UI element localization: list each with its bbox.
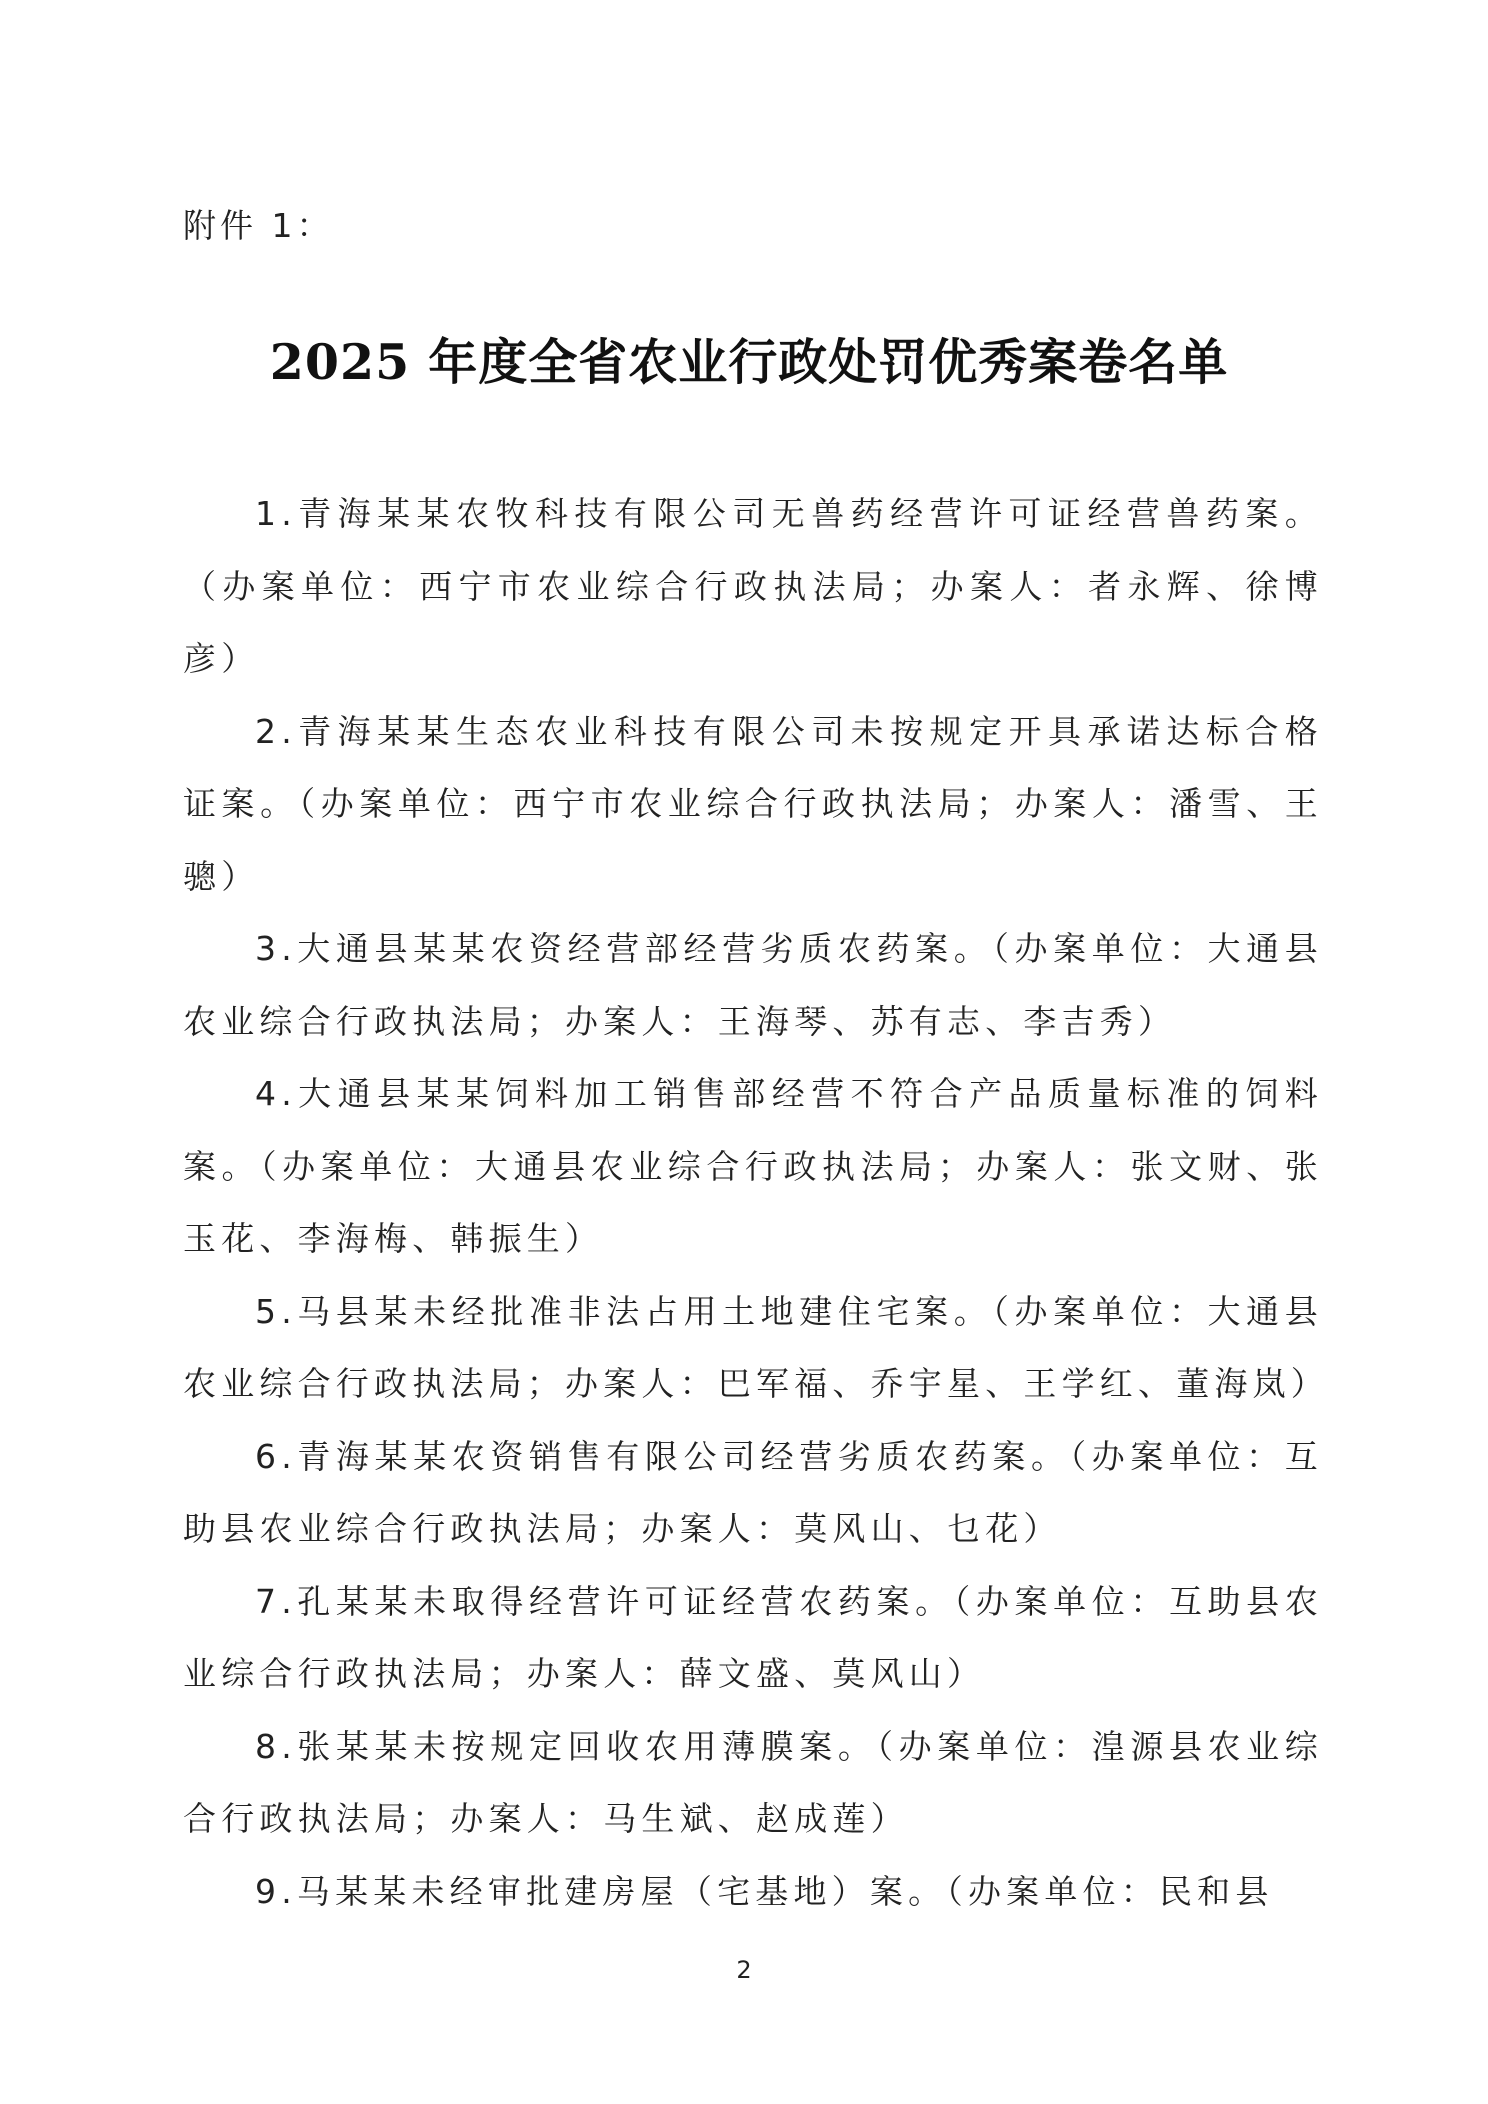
case-item: 6.青海某某农资销售有限公司经营劣质农药案。（办案单位：互助县农业综合行政执法局…	[183, 1421, 1323, 1566]
page-number: 2	[0, 1956, 1488, 1984]
case-item: 3.大通县某某农资经营部经营劣质农药案。（办案单位：大通县农业综合行政执法局；办…	[183, 913, 1323, 1058]
case-item: 4.大通县某某饲料加工销售部经营不符合产品质量标准的饲料案。（办案单位：大通县农…	[183, 1058, 1323, 1276]
attachment-label: 附件 1：	[183, 200, 334, 247]
case-item: 9.马某某未经审批建房屋（宅基地）案。（办案单位：民和县	[183, 1856, 1323, 1929]
document-title: 2025 年度全省农业行政处罚优秀案卷名单	[0, 324, 1488, 394]
document-page: 附件 1： 2025 年度全省农业行政处罚优秀案卷名单 1.青海某某农牧科技有限…	[0, 0, 1488, 2104]
case-item: 8.张某某未按规定回收农用薄膜案。（办案单位：湟源县农业综合行政执法局；办案人：…	[183, 1711, 1323, 1856]
case-list: 1.青海某某农牧科技有限公司无兽药经营许可证经营兽药案。（办案单位：西宁市农业综…	[183, 478, 1323, 1928]
case-item: 5.马县某未经批准非法占用土地建住宅案。（办案单位：大通县农业综合行政执法局；办…	[183, 1276, 1323, 1421]
case-item: 1.青海某某农牧科技有限公司无兽药经营许可证经营兽药案。（办案单位：西宁市农业综…	[183, 478, 1323, 696]
case-item: 2.青海某某生态农业科技有限公司未按规定开具承诺达标合格证案。（办案单位：西宁市…	[183, 696, 1323, 914]
case-item: 7.孔某某未取得经营许可证经营农药案。（办案单位：互助县农业综合行政执法局；办案…	[183, 1566, 1323, 1711]
